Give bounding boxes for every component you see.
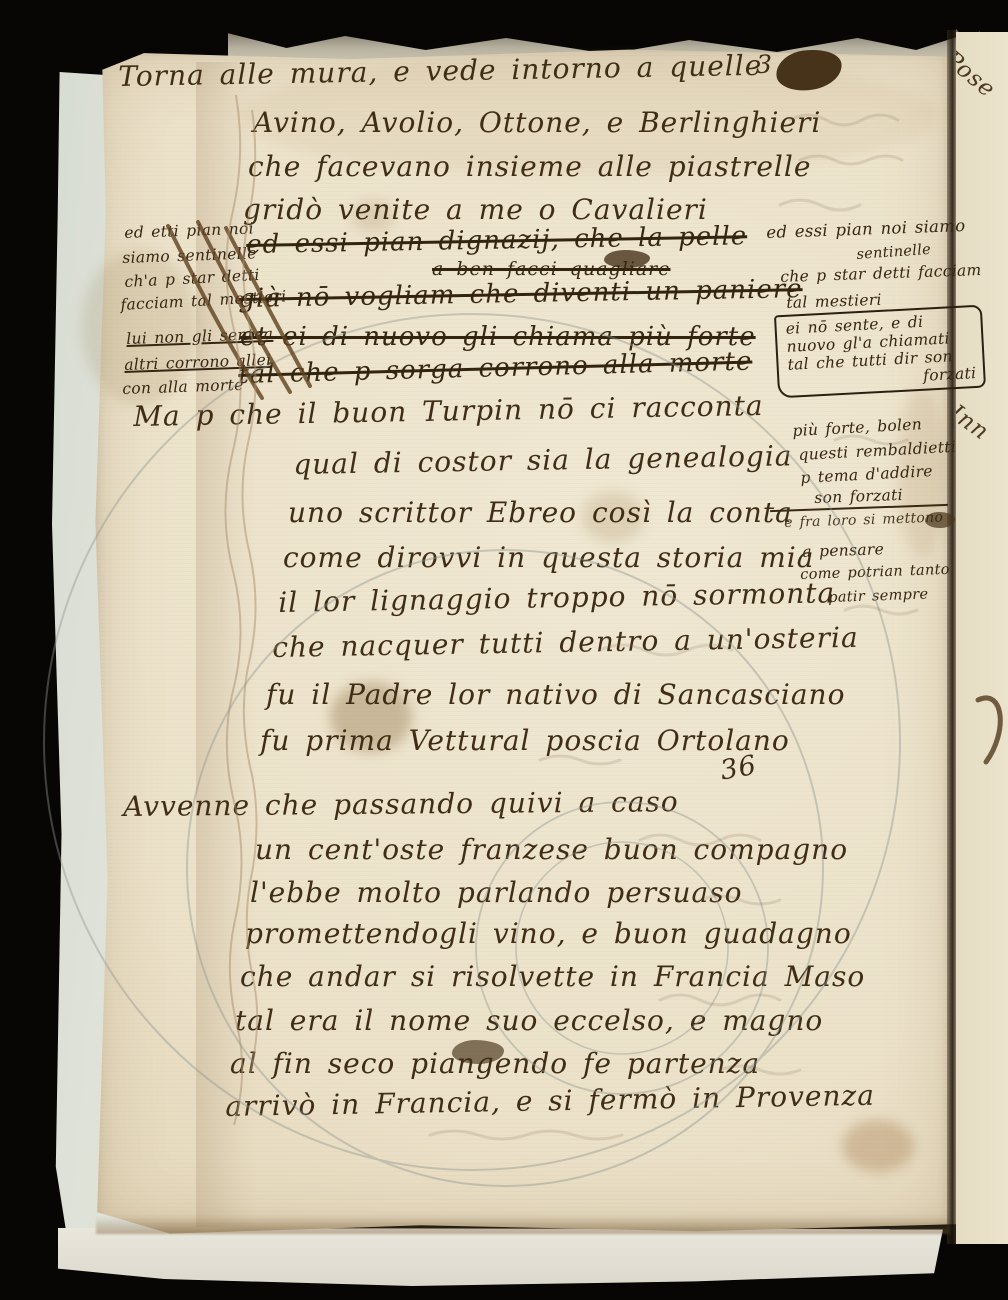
verse-line: Avvenne che passando quivi a caso	[123, 785, 679, 823]
verse-line: che andar si risolvette in Francia Maso	[240, 960, 865, 993]
margin-note-line: son forzati	[814, 486, 903, 507]
verse-line: tal era il nome suo eccelso, e magno	[235, 1004, 823, 1037]
verse-line: come dirovvi in questa storia mia	[283, 541, 814, 574]
page-bottom-browning	[96, 1216, 952, 1234]
verse-line: l'ebbe molto parlando persuaso	[250, 876, 742, 909]
verse-line: fu il Padre lor nativo di Sancasciano	[266, 678, 845, 711]
verse-line: che facevano insieme alle piastrelle	[248, 150, 811, 183]
verse-line: fu prima Vettural poscia Ortolano	[260, 724, 790, 757]
verse-line: uno scrittor Ebreo così la conta	[288, 496, 793, 529]
foxing-spot	[842, 1120, 914, 1172]
verse-line: un cent'oste franzese buon compagno	[255, 833, 848, 866]
boxed-margin-note: ei nō sente, e di nuovo gl'a chiamati ta…	[774, 305, 986, 399]
margin-note-line: tal mestieri	[786, 291, 882, 312]
verse-line: Avino, Avolio, Ottone, e Berlinghieri	[253, 106, 821, 139]
stanza-number: 36	[718, 750, 759, 787]
verse-line: gridò venite a me o Cavalieri	[243, 193, 708, 226]
verse-line: al fin seco piangendo fe partenza	[230, 1047, 760, 1080]
under-page-edge-bottom	[58, 1228, 943, 1286]
next-page-fragment: Inn	[956, 400, 994, 446]
verse-line: promettendogli vino, e buon guadagno	[245, 917, 852, 950]
next-page-edge: Pose Inn	[956, 32, 1008, 1244]
photographed-manuscript: { "manuscript": { "folio_number": "3", "…	[0, 0, 1008, 1300]
next-page-fragment: Pose	[956, 46, 1000, 103]
